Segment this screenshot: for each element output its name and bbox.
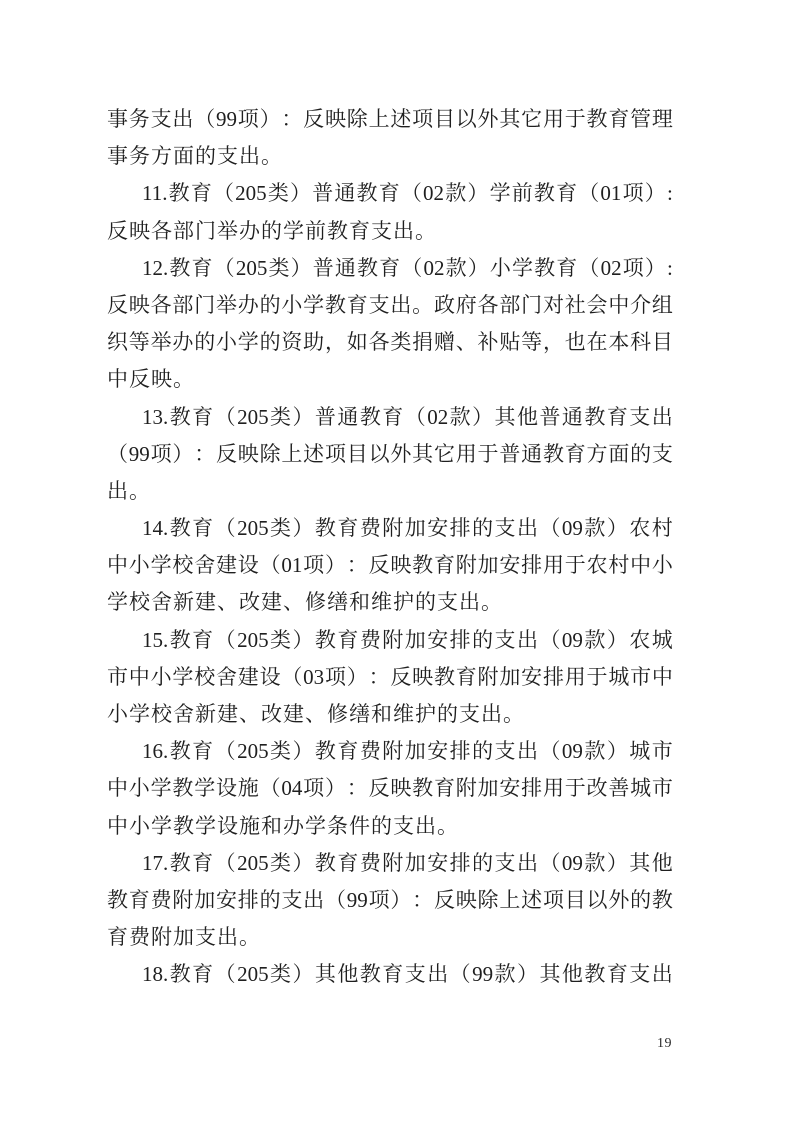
text-token: 育: [434, 770, 455, 807]
text-token: （: [215, 845, 236, 882]
text-token: 育: [192, 250, 213, 287]
text-token: 加: [405, 733, 426, 770]
text-token: ）: [607, 733, 628, 770]
text-token: 项: [412, 101, 433, 138]
text-token: 贴: [499, 324, 520, 361]
text-token: :: [667, 250, 673, 287]
text-token: 等: [129, 324, 150, 361]
text-token: 反: [303, 101, 324, 138]
text-token: 教: [584, 956, 605, 993]
text-token: 外: [608, 882, 629, 919]
text-token: 其: [539, 956, 560, 993]
text-token: 09: [562, 510, 583, 547]
text-token: 排: [450, 845, 471, 882]
text-line: 14.教育（205类）教育费附加安排的支出（09款）农村: [107, 510, 673, 547]
text-token: 目: [347, 436, 368, 473]
text-token: 其: [495, 399, 516, 436]
text-line: 中小学教学设施和办学条件的支出。: [107, 808, 673, 845]
text-token: 述: [521, 882, 542, 919]
text-token: 府: [456, 287, 477, 324]
text-token: 部: [172, 287, 193, 324]
text-line: 中小学教学设施（04项）：反映教育附加安排用于改善城市: [107, 770, 673, 807]
text-token: 安: [499, 770, 520, 807]
text-token: 小: [216, 324, 237, 361]
text-token: 补: [478, 324, 499, 361]
text-token: ）: [292, 845, 313, 882]
text-token: 育: [565, 436, 586, 473]
text-token: （: [539, 733, 560, 770]
text-line: 市中小学校舍建设（03项）：反映教育附加安排用于城市中: [107, 659, 673, 696]
text-token: 各: [369, 324, 390, 361]
text-token: 育: [382, 956, 403, 993]
text-token: 18.: [142, 956, 168, 993]
text-token: 理: [652, 101, 673, 138]
text-token: （: [578, 250, 599, 287]
text-token: 项: [325, 659, 346, 696]
text-token: 目: [565, 882, 586, 919]
text-token: 支: [652, 436, 673, 473]
text-token: 育: [337, 733, 358, 770]
text-token: 设: [238, 547, 259, 584]
text-token: 205: [237, 733, 269, 770]
text-token: （: [107, 436, 128, 473]
text-token: 教: [315, 733, 336, 770]
text-token: 育: [456, 659, 477, 696]
text-token: 安: [216, 882, 237, 919]
text-token: 教: [170, 510, 191, 547]
text-token: 02: [423, 250, 444, 287]
text-token: 项: [238, 101, 259, 138]
text-token: ）: [467, 175, 488, 212]
text-token: 项: [303, 770, 324, 807]
text-token: 农: [629, 622, 650, 659]
text-token: 09: [562, 622, 583, 659]
text-token: ，: [325, 324, 346, 361]
text-token: 教: [170, 622, 191, 659]
text-token: 类: [268, 175, 289, 212]
text-token: 本: [608, 324, 629, 361]
text-token: 办: [238, 287, 259, 324]
text-token: ）: [390, 882, 411, 919]
text-token: 如: [347, 324, 368, 361]
text-token: 于: [565, 770, 586, 807]
text-token: 中: [608, 287, 629, 324]
text-token: 中: [107, 770, 128, 807]
text-token: 映: [390, 770, 411, 807]
text-token: :: [667, 175, 673, 212]
text-line: 反映各部门举办的小学教育支出。政府各部门对社会中介组: [107, 287, 673, 324]
text-token: 99: [472, 956, 493, 993]
text-token: ）: [260, 101, 281, 138]
text-token: 育: [192, 956, 213, 993]
text-token: 04: [281, 770, 302, 807]
text-token: 于: [565, 101, 586, 138]
text-token: 加: [478, 770, 499, 807]
text-token: 费: [360, 733, 381, 770]
text-token: 出: [390, 287, 411, 324]
text-token: （: [260, 770, 281, 807]
text-token: 映: [129, 287, 150, 324]
text-token: 排: [521, 770, 542, 807]
text-token: 教: [412, 547, 433, 584]
text-token: 加: [405, 510, 426, 547]
text-token: 建: [238, 659, 259, 696]
text-token: 安: [427, 622, 448, 659]
text-token: 育: [192, 510, 213, 547]
text-token: 外: [478, 101, 499, 138]
text-token: 加: [405, 622, 426, 659]
text-token: 教: [534, 175, 555, 212]
text-token: 款: [584, 733, 605, 770]
text-token: 安: [427, 510, 448, 547]
text-token: 其: [315, 956, 336, 993]
text-token: 排: [238, 882, 259, 919]
text-token: 门: [194, 287, 215, 324]
text-token: 款: [446, 250, 467, 287]
text-token: 除: [260, 436, 281, 473]
text-token: 出: [517, 510, 538, 547]
text-token: （: [281, 659, 302, 696]
text-token: 等: [521, 324, 542, 361]
text-token: 学: [238, 324, 259, 361]
text-token: （: [215, 956, 236, 993]
text-token: 育: [192, 399, 213, 436]
text-token: 社: [565, 287, 586, 324]
text-token: 设: [260, 659, 281, 696]
text-token: ）: [607, 622, 628, 659]
text-token: 出: [517, 733, 538, 770]
text-token: 02: [427, 399, 448, 436]
text-token: 205: [237, 956, 269, 993]
text-token: （: [215, 622, 236, 659]
text-token: ）: [292, 510, 313, 547]
text-token: 城: [608, 659, 629, 696]
text-token: 安: [427, 845, 448, 882]
text-token: 中: [107, 547, 128, 584]
text-token: 教: [584, 399, 605, 436]
text-token: 小: [129, 770, 150, 807]
text-token: 设: [216, 770, 237, 807]
page-number: 19: [657, 1036, 672, 1052]
text-token: 育: [607, 399, 628, 436]
text-line: 13.教育（205类）普通教育（02款）其他普通教育支出: [107, 399, 673, 436]
text-token: ）: [468, 250, 489, 287]
text-token: 面: [608, 436, 629, 473]
text-token: 举: [216, 287, 237, 324]
text-token: ）: [325, 547, 346, 584]
text-token: 于: [478, 436, 499, 473]
text-token: 支: [629, 399, 650, 436]
text-token: 育: [382, 399, 403, 436]
text-token: 小: [281, 287, 302, 324]
text-token: 捐: [412, 324, 433, 361]
text-line: 15.教育（205类）教育费附加安排的支出（09款）农城: [107, 622, 673, 659]
text-token: 举: [151, 324, 172, 361]
text-token: ）: [347, 659, 368, 696]
text-token: 01: [281, 547, 302, 584]
text-token: 学: [194, 770, 215, 807]
text-token: ）: [292, 956, 313, 993]
text-token: 目: [434, 101, 455, 138]
text-token: 方: [587, 436, 608, 473]
text-token: ）: [472, 399, 493, 436]
text-token: 加: [499, 659, 520, 696]
text-token: 附: [382, 510, 403, 547]
text-token: 出: [652, 956, 673, 993]
text-token: 类: [270, 733, 291, 770]
text-token: 教: [652, 882, 673, 919]
text-token: 12.: [142, 250, 168, 287]
text-token: 教: [357, 175, 378, 212]
text-token: 支: [369, 287, 390, 324]
text-token: 中: [652, 659, 673, 696]
text-token: 城: [652, 622, 673, 659]
text-token: 舍: [194, 547, 215, 584]
text-token: 教: [360, 399, 381, 436]
text-token: 教: [169, 250, 190, 287]
text-token: 舍: [216, 659, 237, 696]
text-token: 附: [382, 733, 403, 770]
text-token: 育: [347, 287, 368, 324]
text-token: 育: [337, 622, 358, 659]
text-token: 上: [369, 101, 390, 138]
text-token: 用: [456, 436, 477, 473]
text-token: 映: [456, 882, 477, 919]
text-token: （: [215, 510, 236, 547]
text-token: 类: [270, 845, 291, 882]
text-token: 的: [630, 882, 651, 919]
text-token: 育: [192, 733, 213, 770]
text-token: 教: [587, 101, 608, 138]
text-token: 其: [629, 845, 650, 882]
text-token: ：: [347, 770, 368, 807]
text-token: 科: [630, 324, 651, 361]
text-token: （: [450, 956, 471, 993]
text-token: ：: [281, 101, 302, 138]
text-token: ：: [194, 436, 215, 473]
text-token: （: [214, 250, 235, 287]
text-token: ）: [517, 956, 538, 993]
text-token: 用: [543, 547, 564, 584]
text-token: 普: [313, 250, 334, 287]
text-token: 排: [450, 510, 471, 547]
text-token: 15.: [142, 622, 168, 659]
text-token: 通: [335, 250, 356, 287]
text-token: 中: [630, 547, 651, 584]
text-token: 市: [652, 770, 673, 807]
text-line: 12.教育（205类）普通教育（02款）小学教育（02项）:: [107, 250, 673, 287]
text-token: ：: [369, 659, 390, 696]
text-token: 、: [456, 324, 477, 361]
document-page: 事务支出（99项）：反映除上述项目以外其它用于教育管理事务方面的支出。11.教育…: [0, 0, 793, 1122]
text-line: 中小学校舍建设（01项）：反映教育附加安排用于农村中小: [107, 547, 673, 584]
text-token: 项: [623, 250, 644, 287]
text-token: 的: [260, 287, 281, 324]
text-token: 育: [607, 956, 628, 993]
text-token: 款: [584, 510, 605, 547]
text-token: 他: [562, 956, 583, 993]
text-line: 出。: [107, 473, 673, 510]
text-token: 于: [565, 547, 586, 584]
text-token: 教: [315, 510, 336, 547]
text-token: 他: [652, 845, 673, 882]
text-token: 支: [495, 510, 516, 547]
text-token: 教: [534, 250, 555, 287]
text-token: 支: [495, 845, 516, 882]
text-token: （: [405, 399, 426, 436]
text-token: 排: [521, 547, 542, 584]
text-token: 反: [390, 659, 411, 696]
text-token: 09: [562, 845, 583, 882]
text-token: 费: [360, 622, 381, 659]
text-token: 支: [281, 882, 302, 919]
text-token: 城: [630, 770, 651, 807]
text-line: 育费附加支出。: [107, 919, 673, 956]
text-token: 育: [379, 175, 400, 212]
text-token: 出: [172, 101, 193, 138]
text-token: 09: [562, 733, 583, 770]
text-token: 教: [170, 956, 191, 993]
text-token: 改: [587, 770, 608, 807]
text-token: 校: [172, 547, 193, 584]
text-token: 205: [237, 399, 269, 436]
text-token: 通: [337, 399, 358, 436]
text-token: 他: [517, 399, 538, 436]
text-token: 其: [499, 101, 520, 138]
text-line: 事务方面的支出。: [107, 138, 673, 175]
text-line: 学校舍新建、改建、修缮和维护的支出。: [107, 584, 673, 621]
text-token: 务: [129, 101, 150, 138]
text-token: 项: [623, 175, 644, 212]
text-token: 对: [543, 287, 564, 324]
text-token: 部: [499, 287, 520, 324]
text-token: （: [578, 175, 599, 212]
text-token: 支: [495, 622, 516, 659]
text-token: 的: [472, 845, 493, 882]
text-line: 小学校舍新建、改建、修缮和维护的支出。: [107, 696, 673, 733]
text-token: ）: [645, 175, 666, 212]
text-token: 教: [315, 622, 336, 659]
text-token: 村: [652, 510, 673, 547]
text-token: ）: [291, 250, 312, 287]
text-token: 通: [521, 436, 542, 473]
text-token: （: [401, 175, 422, 212]
text-token: 安: [499, 547, 520, 584]
text-token: 外: [390, 436, 411, 473]
text-token: 教: [170, 399, 191, 436]
text-line: 17.教育（205类）教育费附加安排的支出（09款）其他: [107, 845, 673, 882]
text-token: 附: [478, 659, 499, 696]
text-token: 教: [107, 882, 128, 919]
text-token: （: [539, 622, 560, 659]
text-token: 类: [270, 399, 291, 436]
text-token: 学: [151, 547, 172, 584]
text-token: 助: [303, 324, 324, 361]
text-token: 学: [303, 287, 324, 324]
text-line: 11.教育（205类）普通教育（02款）学前教育（01项）:: [107, 175, 673, 212]
text-token: 排: [543, 659, 564, 696]
text-token: 用: [543, 101, 564, 138]
text-token: 上: [499, 882, 520, 919]
text-token: 上: [281, 436, 302, 473]
text-token: 学: [172, 659, 193, 696]
text-token: ：: [412, 882, 433, 919]
text-token: 排: [450, 733, 471, 770]
text-token: 农: [629, 510, 650, 547]
text-token: 款: [584, 622, 605, 659]
text-token: 附: [456, 547, 477, 584]
text-token: ）: [325, 770, 346, 807]
text-token: 它: [434, 436, 455, 473]
text-token: 除: [347, 101, 368, 138]
text-token: 映: [238, 436, 259, 473]
text-token: 项: [543, 882, 564, 919]
text-token: 反: [216, 436, 237, 473]
text-token: 通: [334, 175, 355, 212]
text-token: 的: [194, 324, 215, 361]
text-token: 款: [450, 399, 471, 436]
text-token: 普: [539, 399, 560, 436]
text-token: （: [213, 175, 234, 212]
text-token: 支: [495, 733, 516, 770]
text-token: 管: [630, 101, 651, 138]
text-token: ，: [543, 324, 564, 361]
text-line: （99项）：反映除上述项目以外其它用于普通教育方面的支: [107, 436, 673, 473]
text-token: 在: [587, 324, 608, 361]
text-token: 育: [434, 547, 455, 584]
text-token: 学: [151, 770, 172, 807]
text-token: ）: [292, 399, 313, 436]
text-token: 02: [601, 250, 622, 287]
text-token: 通: [562, 399, 583, 436]
text-token: 育: [608, 101, 629, 138]
text-token: 的: [260, 324, 281, 361]
text-token: 。: [412, 287, 433, 324]
text-token: 支: [629, 956, 650, 993]
text-token: 教: [169, 175, 190, 212]
text-token: 安: [427, 733, 448, 770]
text-line: 16.教育（205类）教育费附加安排的支出（09款）城市: [107, 733, 673, 770]
text-token: 205: [236, 250, 268, 287]
text-token: 费: [360, 845, 381, 882]
text-token: 织: [107, 324, 128, 361]
text-token: ）: [290, 175, 311, 212]
text-token: 反: [369, 547, 390, 584]
text-token: 学: [490, 175, 511, 212]
text-token: 支: [151, 101, 172, 138]
text-token: 各: [151, 287, 172, 324]
text-token: 14.: [142, 510, 168, 547]
text-token: 村: [608, 547, 629, 584]
text-token: 育: [129, 882, 150, 919]
text-token: 教: [172, 770, 193, 807]
text-token: 育: [379, 250, 400, 287]
text-line: 18.教育（205类）其他教育支出（99款）其他教育支出: [107, 956, 673, 993]
text-token: 项: [325, 436, 346, 473]
text-token: （: [215, 399, 236, 436]
text-token: 支: [405, 956, 426, 993]
text-token: 市: [652, 733, 673, 770]
text-token: 教: [434, 659, 455, 696]
text-token: 加: [405, 845, 426, 882]
text-token: 施: [238, 770, 259, 807]
text-token: 介: [630, 287, 651, 324]
text-token: 普: [499, 436, 520, 473]
text-block: 事务支出（99项）：反映除上述项目以外其它用于教育管理事务方面的支出。11.教育…: [107, 101, 673, 994]
text-token: （: [401, 250, 422, 287]
text-token: 述: [390, 101, 411, 138]
text-token: 附: [382, 845, 403, 882]
